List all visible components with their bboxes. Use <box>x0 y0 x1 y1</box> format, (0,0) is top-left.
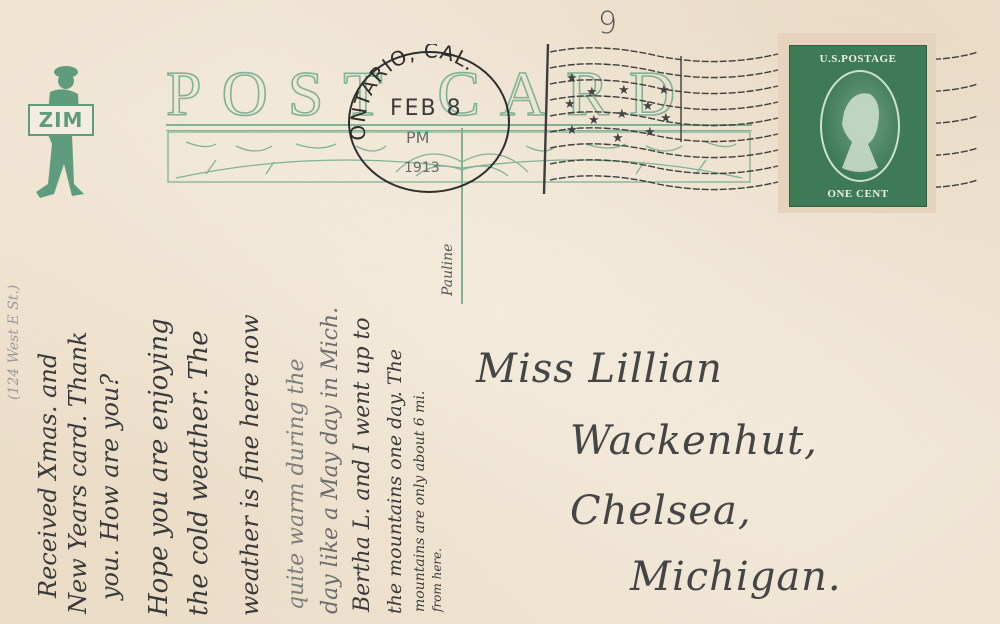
svg-text:★: ★ <box>566 123 578 138</box>
pencil-page-number: 9 <box>598 6 617 41</box>
postmark-date: FEB 8 <box>390 96 463 121</box>
message-line: day like a May day in Mich. <box>318 307 343 614</box>
message-line: Bertha L. and I went up to <box>350 317 375 612</box>
svg-text:★: ★ <box>660 111 672 126</box>
message-line: Hope you are enjoying <box>144 318 174 616</box>
message-line: mountains are only about 6 mi. <box>412 391 428 612</box>
recipient-surname: Wackenhut, <box>570 418 818 464</box>
svg-text:★: ★ <box>564 97 576 112</box>
message-line: the cold weather. The <box>184 330 214 616</box>
svg-text:★: ★ <box>658 83 670 98</box>
stamp-top-text: U.S.POSTAGE <box>790 53 926 65</box>
message-line: you. How are you? <box>96 374 124 600</box>
postmark-year: 1913 <box>404 160 440 176</box>
postage-stamp: U.S.POSTAGE ONE CENT <box>778 33 936 213</box>
recipient-state: Michigan. <box>630 554 842 600</box>
recipient-city: Chelsea, <box>570 488 752 534</box>
message-line: quite warm during the <box>284 358 309 610</box>
svg-text:★: ★ <box>588 113 600 128</box>
message-line: the mountains one day. The <box>384 349 406 614</box>
message-line: from here. <box>430 548 444 612</box>
message-line: New Years card. Thank <box>64 331 92 614</box>
svg-text:★: ★ <box>586 85 598 100</box>
message-line: weather is fine here now <box>236 314 264 616</box>
postcard-back: ZIM POST CARD 9 <box>0 0 1000 624</box>
stamp-face: U.S.POSTAGE ONE CENT <box>789 45 927 207</box>
pencil-return-address: (124 West E St.) <box>6 285 22 400</box>
svg-text:★: ★ <box>566 71 578 86</box>
postmark-city: ONTARIO, CAL. <box>346 44 481 141</box>
svg-text:★: ★ <box>616 107 628 122</box>
zim-publisher-logo: ZIM <box>14 64 104 204</box>
postmark: ONTARIO, CAL. FEB 8 PM 1913 <box>344 44 514 194</box>
message-line: Received Xmas. and <box>34 353 62 598</box>
zim-logo-text: ZIM <box>28 104 94 136</box>
signature: Pauline <box>440 244 456 296</box>
svg-text:★: ★ <box>644 125 656 140</box>
postmark-time: PM <box>406 128 429 147</box>
svg-text:ONTARIO, CAL.: ONTARIO, CAL. <box>346 44 481 141</box>
svg-text:★: ★ <box>618 83 630 98</box>
svg-text:★: ★ <box>642 99 654 114</box>
svg-text:★: ★ <box>612 131 624 146</box>
recipient-address: Miss Lillian Wackenhut, Chelsea, Michiga… <box>470 340 980 620</box>
franklin-portrait-icon <box>820 70 900 182</box>
recipient-name: Miss Lillian <box>476 346 723 392</box>
stamp-bottom-text: ONE CENT <box>790 188 926 200</box>
